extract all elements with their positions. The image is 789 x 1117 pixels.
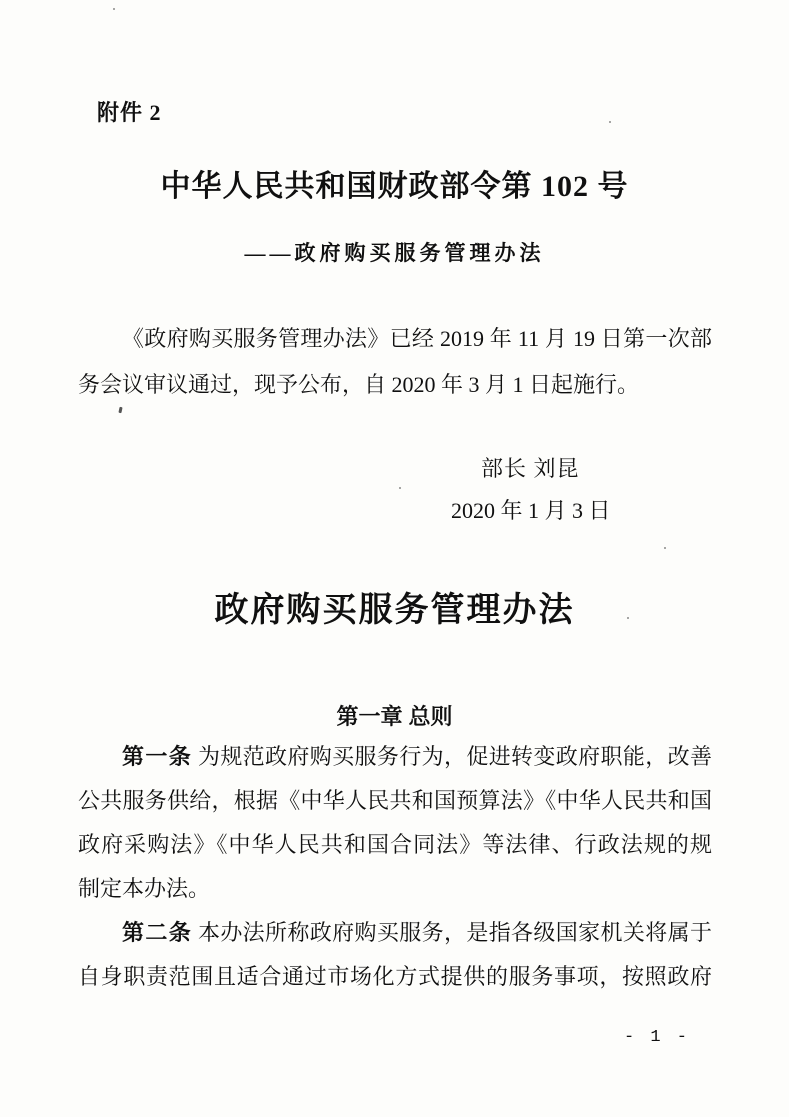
promulgation-line-1: 《政府购买服务管理办法》已经 2019 年 11 月 19 日第一次部 xyxy=(78,316,712,362)
article-1-label: 第一条 xyxy=(122,744,192,769)
article-1-line-3: 政府采购法》《中华人民共和国合同法》等法律、行政法规的规定， xyxy=(78,823,712,867)
article-2-line-1-text: 本办法所称政府购买服务，是指各级国家机关将属于 xyxy=(192,920,712,945)
scan-speck xyxy=(609,121,611,123)
chapter-heading: 第一章 总则 xyxy=(0,704,789,730)
articles-body: 第一条 为规范政府购买服务行为，促进转变政府职能，改善 公共服务供给，根据《中华… xyxy=(78,735,712,999)
scan-speck xyxy=(664,547,666,549)
order-subtitle: ——政府购买服务管理办法 xyxy=(0,240,789,267)
order-title: 中华人民共和国财政部令第 102 号 xyxy=(0,168,789,206)
scan-speck xyxy=(113,8,115,10)
scan-speck xyxy=(627,617,629,619)
article-1-line-1-text: 为规范政府购买服务行为，促进转变政府职能，改善 xyxy=(192,744,712,769)
promulgation-paragraph: 《政府购买服务管理办法》已经 2019 年 11 月 19 日第一次部 务会议审… xyxy=(78,316,712,408)
article-2-line-2: 自身职责范围且适合通过市场化方式提供的服务事项，按照政府 xyxy=(78,955,712,999)
scan-speck xyxy=(118,407,122,413)
signature-name: 部长 刘昆 xyxy=(481,456,580,482)
attachment-label: 附件 2 xyxy=(97,100,162,126)
signature-date: 2020 年 1 月 3 日 xyxy=(451,498,611,524)
article-1-line-2: 公共服务供给，根据《中华人民共和国预算法》《中华人民共和国 xyxy=(78,779,712,823)
regulation-title: 政府购买服务管理办法 xyxy=(0,590,789,630)
article-1-line-1: 第一条 为规范政府购买服务行为，促进转变政府职能，改善 xyxy=(78,735,712,779)
article-2-line-1: 第二条 本办法所称政府购买服务，是指各级国家机关将属于 xyxy=(78,911,712,955)
scan-speck xyxy=(399,487,401,489)
page-number: - 1 - xyxy=(624,1028,690,1048)
article-2-label: 第二条 xyxy=(122,920,192,945)
document-page: 附件 2 中华人民共和国财政部令第 102 号 ——政府购买服务管理办法 《政府… xyxy=(0,0,789,1117)
promulgation-line-2: 务会议审议通过，现予公布，自 2020 年 3 月 1 日起施行。 xyxy=(78,362,712,408)
article-1-line-4: 制定本办法。 xyxy=(78,867,712,911)
